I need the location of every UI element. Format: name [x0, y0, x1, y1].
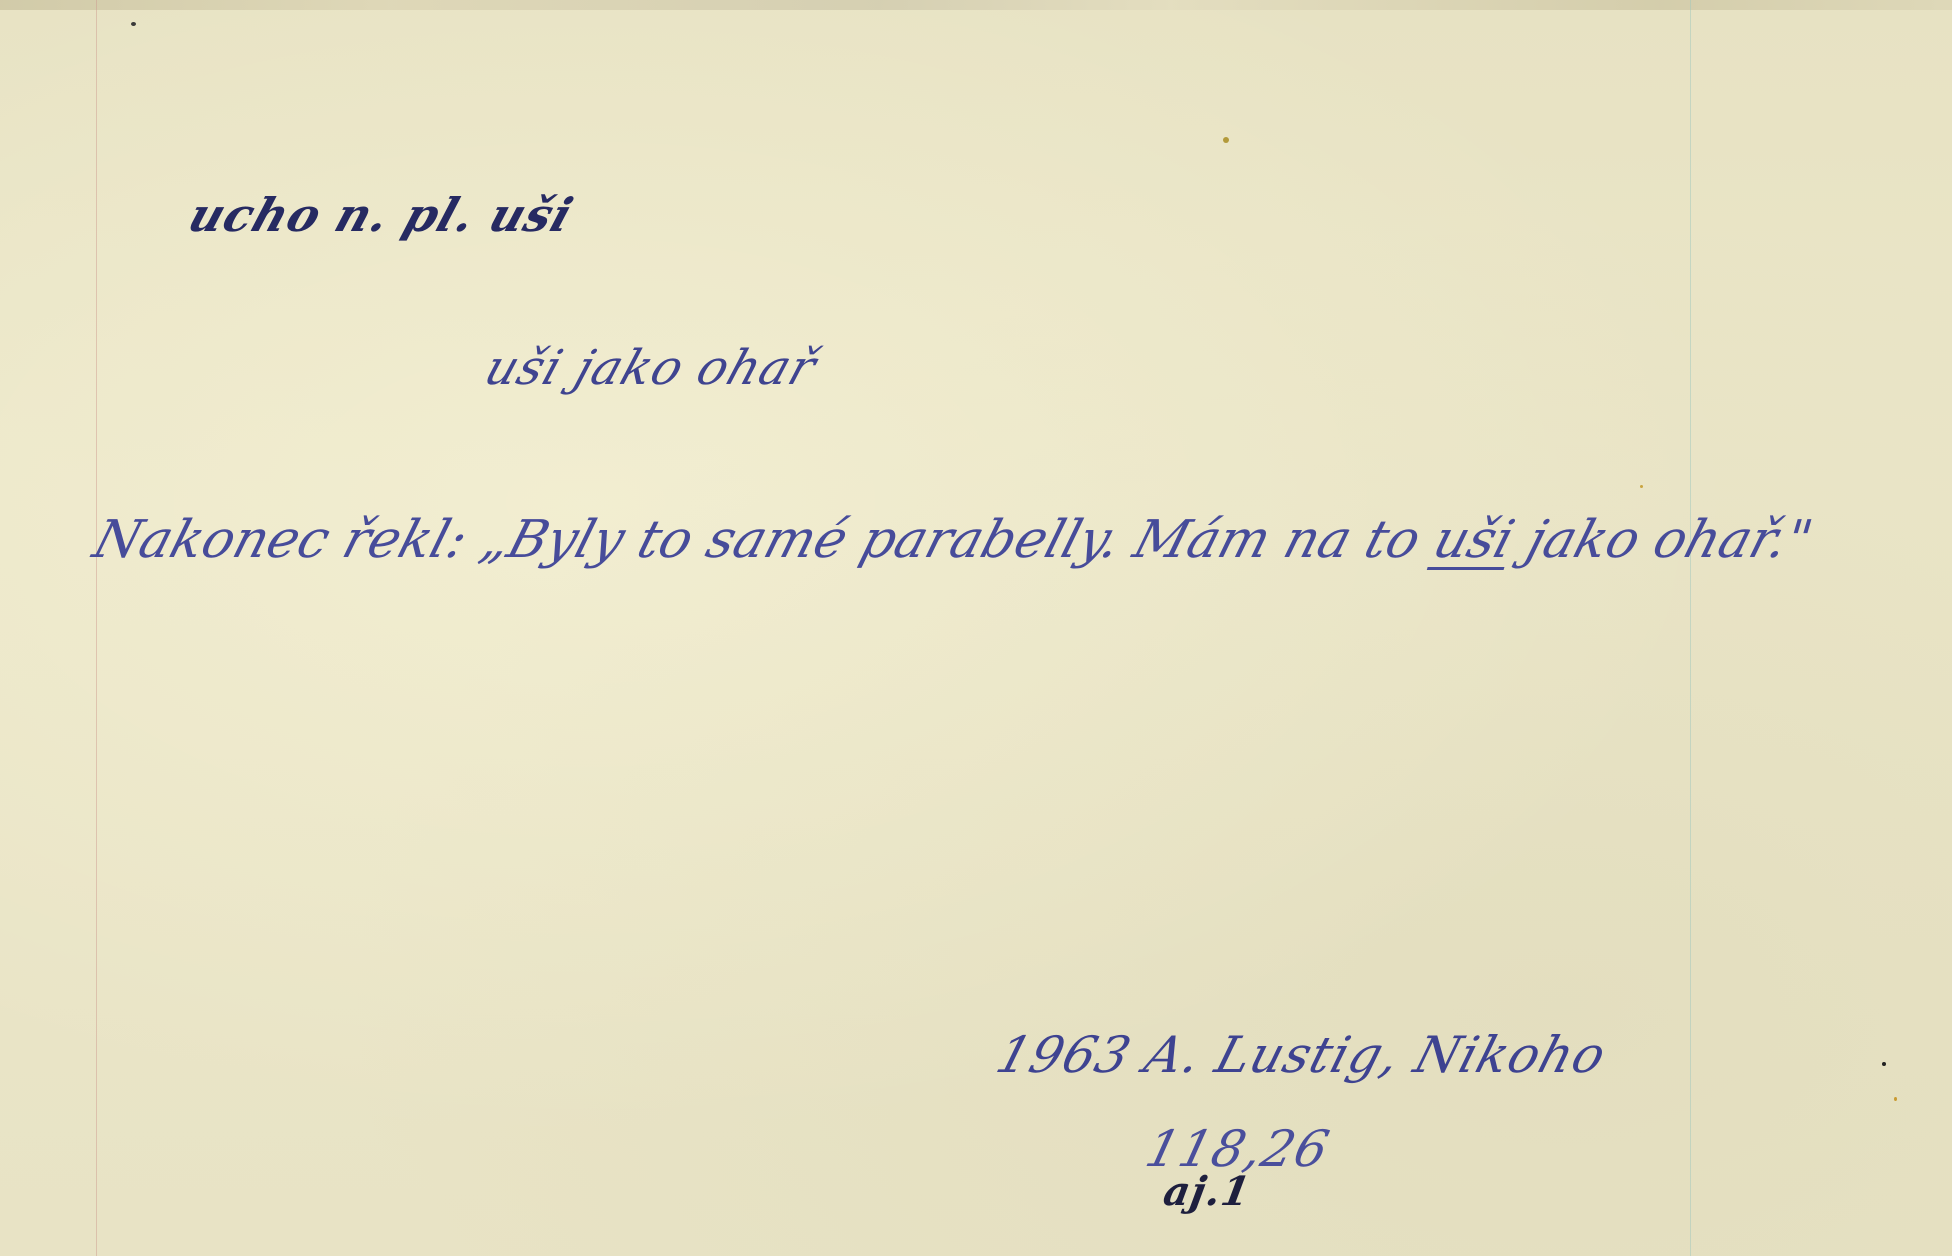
reference-note: aj.1	[1160, 1168, 1254, 1215]
phrase: uši jako ohař	[478, 340, 823, 396]
left-margin-rule	[96, 0, 97, 1256]
source-attribution: 1963 A. Lustig, Nikoho	[990, 1026, 1613, 1084]
citation-text-after: jako ohař."	[1504, 510, 1820, 570]
index-card: ucho n. pl. uši uši jako ohař Nakonec ře…	[0, 0, 1952, 1256]
paper-stain	[1640, 485, 1643, 488]
right-margin-rule	[1690, 0, 1691, 1256]
ink-speck	[1882, 1062, 1886, 1066]
scan-edge-strip	[0, 0, 1952, 10]
ink-speck	[131, 22, 136, 26]
citation-quote: Nakonec řekl: „Byly to samé parabelly. M…	[83, 496, 1908, 584]
paper-stain	[1223, 137, 1229, 143]
headword: ucho n. pl. uši	[182, 188, 580, 242]
citation-text-before: Nakonec řekl: „Byly to samé parabelly. M…	[87, 510, 1444, 570]
paper-stain	[1894, 1097, 1897, 1101]
